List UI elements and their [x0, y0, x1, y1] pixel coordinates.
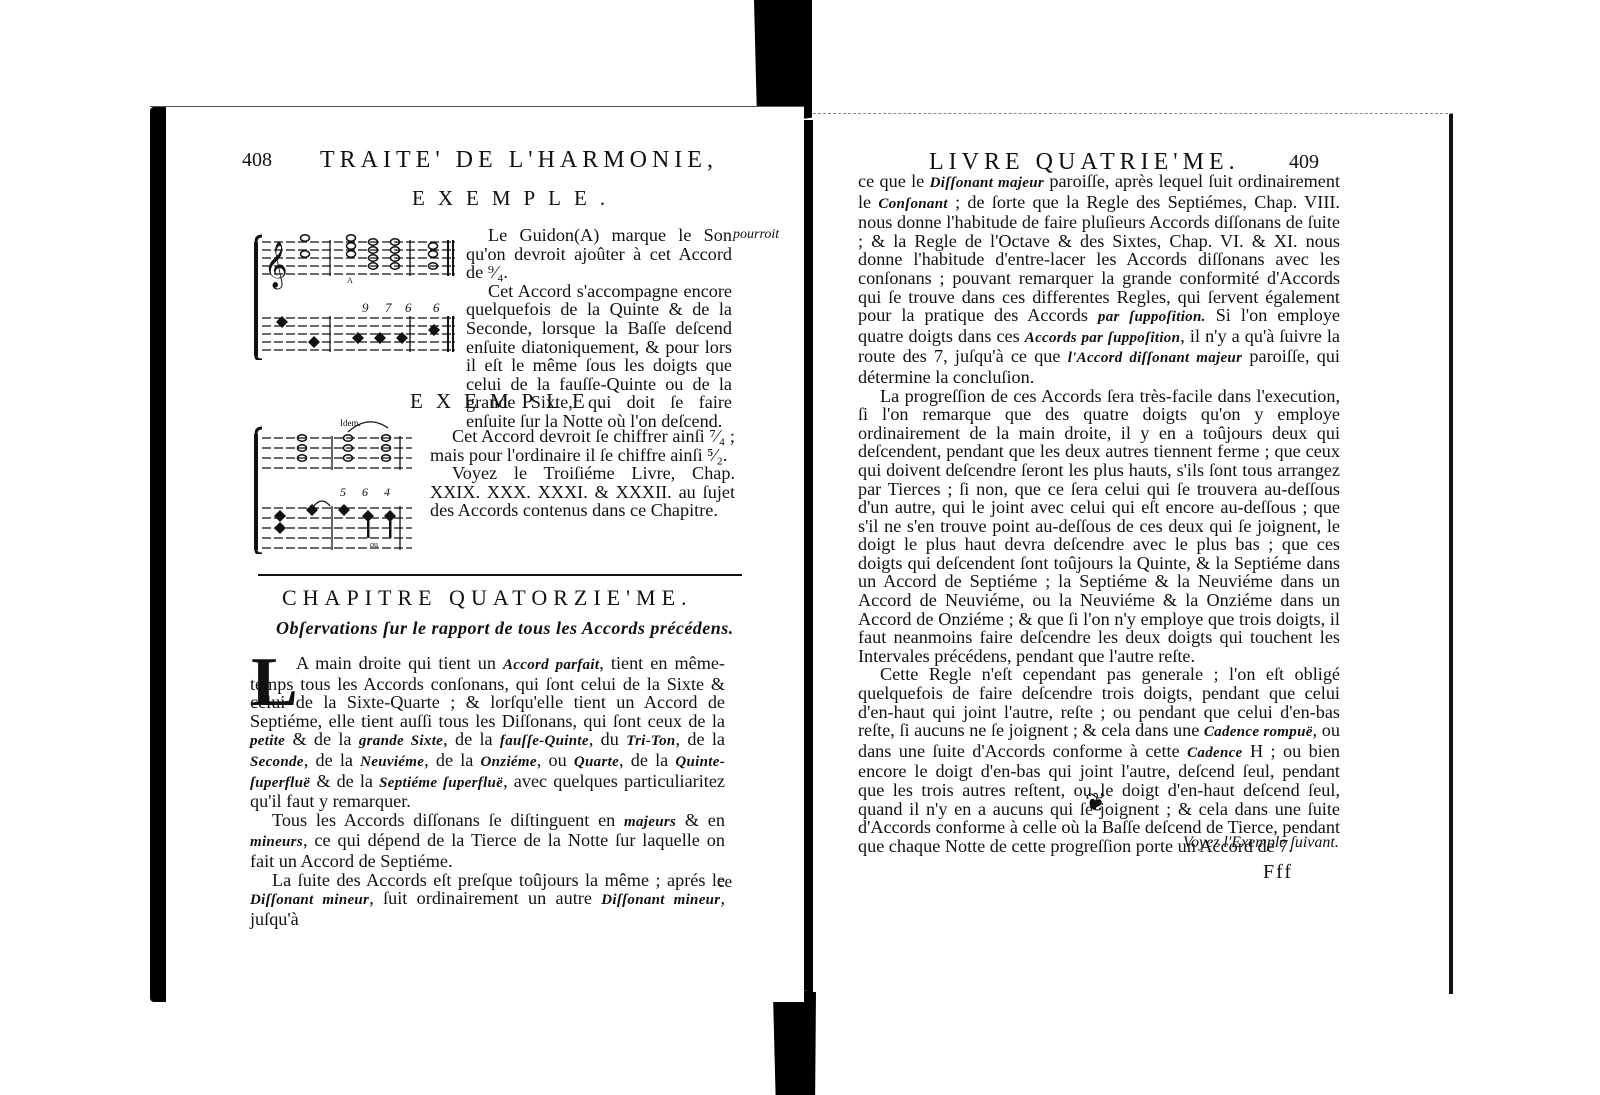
guidon-mark: A — [347, 276, 353, 285]
text-run: , de la — [676, 729, 725, 749]
running-head: TRAITE' DE L'HARMONIE, — [320, 147, 718, 174]
svg-text:7: 7 — [385, 300, 392, 315]
book-spine-top — [754, 0, 812, 120]
text-run: Tous les Accords diſſonans ſe diſtinguen… — [272, 810, 624, 830]
italic-term: Diſſonant majeur — [930, 175, 1044, 191]
book-spine-bottom — [773, 990, 816, 1095]
text-run: ce que le — [858, 171, 930, 191]
italic-term: Neuviéme — [360, 754, 424, 770]
ornament-fleuron-icon: ❦ — [1085, 790, 1107, 816]
italic-term: mineurs — [250, 834, 303, 850]
italic-term: grande Sixte — [359, 733, 443, 749]
signature-mark: Fff — [1263, 861, 1293, 884]
staff-notation-icon: 𝄞 A 9 7 6 6 — [250, 220, 472, 360]
ou-label: ou — [370, 540, 378, 549]
text-run: , ſuit ordinairement un autre — [369, 888, 601, 908]
italic-term: majeurs — [624, 814, 676, 830]
italic-term: Tri-Ton — [626, 733, 675, 749]
example-2-text: Cet Accord devroit ſe chiffrer ainſi ⁷⁄₄… — [430, 427, 735, 520]
text-run: La progreſſion de ces Accords ſera très-… — [858, 386, 1340, 666]
left-page: 408 TRAITE' DE L'HARMONIE, EXEMPLE. — [150, 106, 804, 1002]
italic-term: petite — [250, 733, 285, 749]
svg-text:𝄞: 𝄞 — [264, 242, 288, 290]
paragraph: ce que le Diſſonant majeur paroiſſe, apr… — [858, 172, 1340, 387]
text-run: , ce qui dépend de la Tierce de la Notte… — [250, 830, 725, 871]
page-number: 408 — [242, 149, 272, 172]
chapter-title: CHAPITRE QUATORZIE'ME. — [282, 585, 693, 611]
paragraph: Tous les Accords diſſonans ſe diſtinguen… — [250, 811, 725, 871]
text-run: , de la — [424, 750, 480, 770]
italic-term: Quarte — [574, 754, 619, 770]
example-title: EXEMPLE. — [410, 389, 616, 414]
page-body: ce que le Diſſonant majeur paroiſſe, apr… — [858, 172, 1340, 855]
italic-term: Septiéme ſuperfluë — [379, 775, 503, 791]
staff-notation-icon: Idem. 5 6 4 ou — [250, 412, 422, 554]
margin-note-correction: pourroit — [733, 227, 779, 243]
text-run: , de la — [304, 750, 360, 770]
italic-term: fauſſe-Quinte — [500, 733, 589, 749]
svg-text:9: 9 — [362, 300, 369, 315]
text-run: & de la — [310, 771, 379, 791]
text-run: , ou — [537, 750, 574, 770]
text-run: , du — [589, 729, 626, 749]
italic-term: Diſſonant mineur — [601, 892, 720, 908]
text-run: & de la — [285, 729, 359, 749]
text-run: , de la — [443, 729, 500, 749]
guidon-paragraph: Le Guidon(A) marque le Son qu'on devroit… — [466, 226, 732, 282]
svg-text:4: 4 — [384, 485, 390, 499]
svg-text:6: 6 — [405, 300, 412, 315]
example-title: EXEMPLE. — [412, 186, 618, 211]
right-page: LIVRE QUATRIE'ME. 409 ce que le Diſſonan… — [813, 113, 1453, 992]
music-example-1: 𝄞 A 9 7 6 6 — [250, 220, 472, 360]
music-example-2: Idem. 5 6 4 ou — [250, 412, 422, 554]
italic-term: Diſſonant mineur — [250, 892, 369, 908]
italic-term: Accord parfait — [503, 657, 599, 673]
see-next-example: Voyez l'Exemple ſuivant. — [1183, 834, 1339, 852]
paragraph: Cette Regle n'eſt cependant pas generale… — [858, 665, 1340, 855]
italic-term: Conſonant — [878, 196, 947, 212]
chapter-divider — [258, 574, 742, 576]
chapter-subtitle: Obſervations ſur le rapport de tous les … — [276, 618, 734, 639]
catchword: ce — [717, 872, 732, 892]
svg-text:5: 5 — [340, 485, 346, 499]
paragraph: La ſuite des Accords eſt preſque toûjour… — [250, 871, 725, 929]
svg-text:6: 6 — [433, 300, 440, 315]
italic-term: Cadence — [1187, 745, 1242, 761]
text-run: , de la — [619, 750, 675, 770]
svg-text:6: 6 — [362, 485, 368, 499]
text-run: A main droite qui tient un — [296, 653, 503, 673]
italic-term: par ſuppoſition. — [1098, 309, 1206, 325]
voyez-paragraph: Voyez le Troiſiéme Livre, Chap. XXIX. XX… — [430, 464, 735, 520]
italic-term: Accords par ſuppoſition — [1025, 330, 1180, 346]
text-run: & en — [676, 810, 725, 830]
italic-term: Seconde — [250, 754, 304, 770]
book-gutter — [803, 120, 813, 990]
chiffrer-paragraph: Cet Accord devroit ſe chiffrer ainſi ⁷⁄₄… — [430, 427, 735, 464]
italic-term: Cadence rompuë — [1204, 724, 1313, 740]
italic-term: l'Accord diſſonant majeur — [1068, 350, 1243, 366]
paragraph: La progreſſion de ces Accords ſera très-… — [858, 387, 1340, 666]
italic-term: Onziéme — [481, 754, 537, 770]
paragraph: A main droite qui tient un Accord parfai… — [250, 654, 725, 811]
idem-label: Idem. — [340, 418, 361, 428]
chapter-body: A main droite qui tient un Accord parfai… — [250, 654, 725, 928]
text-run: La ſuite des Accords eſt preſque toûjour… — [272, 870, 725, 890]
